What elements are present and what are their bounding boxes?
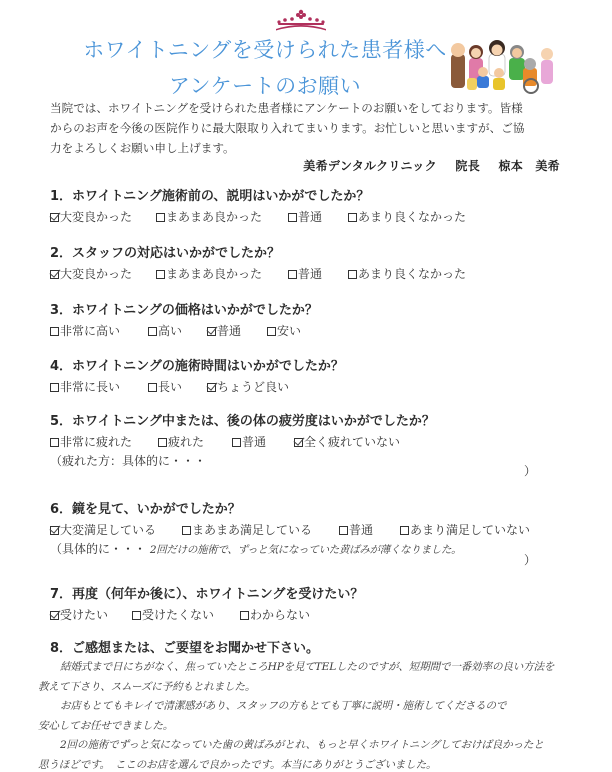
intro-line: 力をよろしくお願い申し上げます。 [50, 138, 570, 158]
crown-icon [273, 9, 329, 33]
option-checkbox[interactable]: 大変満足している [50, 520, 182, 540]
checkbox-icon[interactable] [348, 213, 357, 222]
checkbox-icon[interactable] [50, 327, 59, 336]
option-checkbox[interactable]: 普通 [232, 432, 294, 452]
intro-line: 当院では、ホワイトニングを受けられた患者様にアンケートのお願いをしております。皆… [50, 98, 570, 118]
checkbox-icon[interactable] [232, 438, 241, 447]
option-checkbox[interactable]: 普通 [288, 264, 348, 284]
option-checkbox[interactable]: 普通 [339, 520, 400, 540]
question-title: 3．ホワイトニングの価格はいかがでしたか？ [50, 301, 570, 321]
option-checkbox[interactable]: 大変良かった [50, 264, 156, 284]
title-line-1: ホワイトニングを受けられた患者様へ [75, 34, 455, 64]
checkbox-icon[interactable] [50, 383, 59, 392]
option-checkbox[interactable]: 受けたくない [132, 605, 240, 625]
signer-name: 椋本 美希 [498, 159, 560, 173]
checkbox-icon[interactable] [339, 526, 348, 535]
checkbox-icon[interactable] [400, 526, 409, 535]
checkbox-checked-icon[interactable] [294, 438, 303, 447]
title-line-2: アンケートのお願い [75, 70, 455, 100]
option-checkbox[interactable]: まあまあ良かった [156, 207, 288, 227]
question-3: 3．ホワイトニングの価格はいかがでしたか？ 非常に高い 高い 普通 安い [50, 301, 570, 341]
comment-line: 2回の施術でずっと気になっていた歯の黄ばみがとれ、もっと早くホワイトニングしてお… [38, 736, 598, 756]
checkbox-icon[interactable] [156, 270, 165, 279]
intro-line: からのお声を今後の医院作りに最大限取り入れてまいります。お忙しいと思いますが、ご… [50, 118, 570, 138]
question-5: 5．ホワイトニング中または、後の体の疲労度はいかがでしたか？ 非常に疲れた 疲れ… [50, 412, 570, 471]
question-4: 4．ホワイトニングの施術時間はいかがでしたか？ 非常に長い 長い ちょうど良い [50, 357, 570, 397]
checkbox-icon[interactable] [50, 438, 59, 447]
clinic-name: 美希デンタルクリニック [303, 159, 437, 173]
option-checkbox[interactable]: 非常に疲れた [50, 432, 158, 452]
checkbox-icon[interactable] [148, 327, 157, 336]
option-checkbox[interactable]: あまり満足していない [400, 520, 530, 540]
checkbox-icon[interactable] [288, 213, 297, 222]
comment-line: 安心してお任せできました。 [38, 717, 598, 737]
checkbox-icon[interactable] [348, 270, 357, 279]
question-2: 2．スタッフの対応はいかがでしたか？ 大変良かった まあまあ良かった 普通 あま… [50, 244, 570, 284]
checkbox-icon[interactable] [267, 327, 276, 336]
option-checkbox[interactable]: 高い [148, 321, 207, 341]
checkbox-checked-icon[interactable] [50, 213, 59, 222]
option-checkbox[interactable]: あまり良くなかった [348, 207, 466, 227]
question-title: 1．ホワイトニング施術前の、説明はいかがでしたか？ [50, 187, 570, 207]
option-checkbox[interactable]: あまり良くなかった [348, 264, 466, 284]
checkbox-checked-icon[interactable] [50, 526, 59, 535]
question-title: 6．鏡を見て、いかがでしたか？ [50, 500, 570, 520]
checkbox-icon[interactable] [240, 611, 249, 620]
question-title: 8．ご感想または、ご要望をお聞かせ下さい。 [50, 639, 570, 659]
signer-role: 院長 [455, 159, 480, 173]
option-checkbox[interactable]: まあまあ良かった [156, 264, 288, 284]
option-checkbox[interactable]: 普通 [288, 207, 348, 227]
checkbox-icon[interactable] [288, 270, 297, 279]
checkbox-icon[interactable] [182, 526, 191, 535]
question-7: 7．再度（何年か後に）、ホワイトニングを受けたい？ 受けたい 受けたくない わか… [50, 585, 570, 625]
checkbox-checked-icon[interactable] [50, 611, 59, 620]
comment-line: お店もとてもキレイで清潔感があり、スタッフの方もとても丁寧に説明・施術してくださ… [38, 697, 598, 717]
checkbox-icon[interactable] [148, 383, 157, 392]
family-illustration [445, 40, 570, 96]
checkbox-checked-icon[interactable] [50, 270, 59, 279]
handwritten-answer[interactable]: 2回だけの施術で、ずっと気になっていた黄ばみが薄くなりました。 [150, 544, 462, 556]
option-checkbox[interactable]: 非常に長い [50, 377, 148, 397]
option-checkbox[interactable]: 長い [148, 377, 207, 397]
question-title: 5．ホワイトニング中または、後の体の疲労度はいかがでしたか？ [50, 412, 570, 432]
option-checkbox[interactable]: 受けたい [50, 605, 132, 625]
option-checkbox[interactable]: 安い [267, 321, 301, 341]
option-checkbox[interactable]: 全く疲れていない [294, 432, 400, 452]
close-paren: ） [524, 551, 536, 568]
checkbox-icon[interactable] [132, 611, 141, 620]
comment-line: 結婚式まで日にちがなく、焦っていたところHPを見てTELしたのですが、短期間で一… [38, 658, 598, 678]
comment-line: 教えて下さり、スムーズに予約もとれました。 [38, 678, 598, 698]
intro-text: 当院では、ホワイトニングを受けられた患者様にアンケートのお願いをしております。皆… [50, 98, 570, 158]
question-title: 7．再度（何年か後に）、ホワイトニングを受けたい？ [50, 585, 570, 605]
option-checkbox[interactable]: わからない [240, 605, 310, 625]
question-8: 8．ご感想または、ご要望をお聞かせ下さい。 [50, 639, 570, 659]
option-checkbox[interactable]: 大変良かった [50, 207, 156, 227]
option-checkbox[interactable]: ちょうど良い [207, 377, 289, 397]
checkbox-checked-icon[interactable] [207, 327, 216, 336]
checkbox-icon[interactable] [156, 213, 165, 222]
option-checkbox[interactable]: 非常に高い [50, 321, 148, 341]
checkbox-checked-icon[interactable] [207, 383, 216, 392]
option-checkbox[interactable]: 普通 [207, 321, 267, 341]
option-checkbox[interactable]: まあまあ満足している [182, 520, 339, 540]
signature: 美希デンタルクリニック 院長 椋本 美希 [303, 157, 560, 174]
close-paren: ） [524, 462, 536, 479]
detail-note: （具体的に・・・ 2回だけの施術で、ずっと気になっていた黄ばみが薄くなりました。 [50, 540, 570, 559]
comment-line: 思うほどです。 ここのお店を選んで良かったです。本当にありがとうございました。 [38, 756, 598, 772]
handwritten-comments[interactable]: 結婚式まで日にちがなく、焦っていたところHPを見てTELしたのですが、短期間で一… [38, 658, 598, 772]
question-title: 4．ホワイトニングの施術時間はいかがでしたか？ [50, 357, 570, 377]
option-checkbox[interactable]: 疲れた [158, 432, 232, 452]
question-1: 1．ホワイトニング施術前の、説明はいかがでしたか？ 大変良かった まあまあ良かっ… [50, 187, 570, 227]
question-6: 6．鏡を見て、いかがでしたか？ 大変満足している まあまあ満足している 普通 あ… [50, 500, 570, 559]
question-title: 2．スタッフの対応はいかがでしたか？ [50, 244, 570, 264]
detail-note: （疲れた方：具体的に・・・ [50, 452, 570, 471]
checkbox-icon[interactable] [158, 438, 167, 447]
